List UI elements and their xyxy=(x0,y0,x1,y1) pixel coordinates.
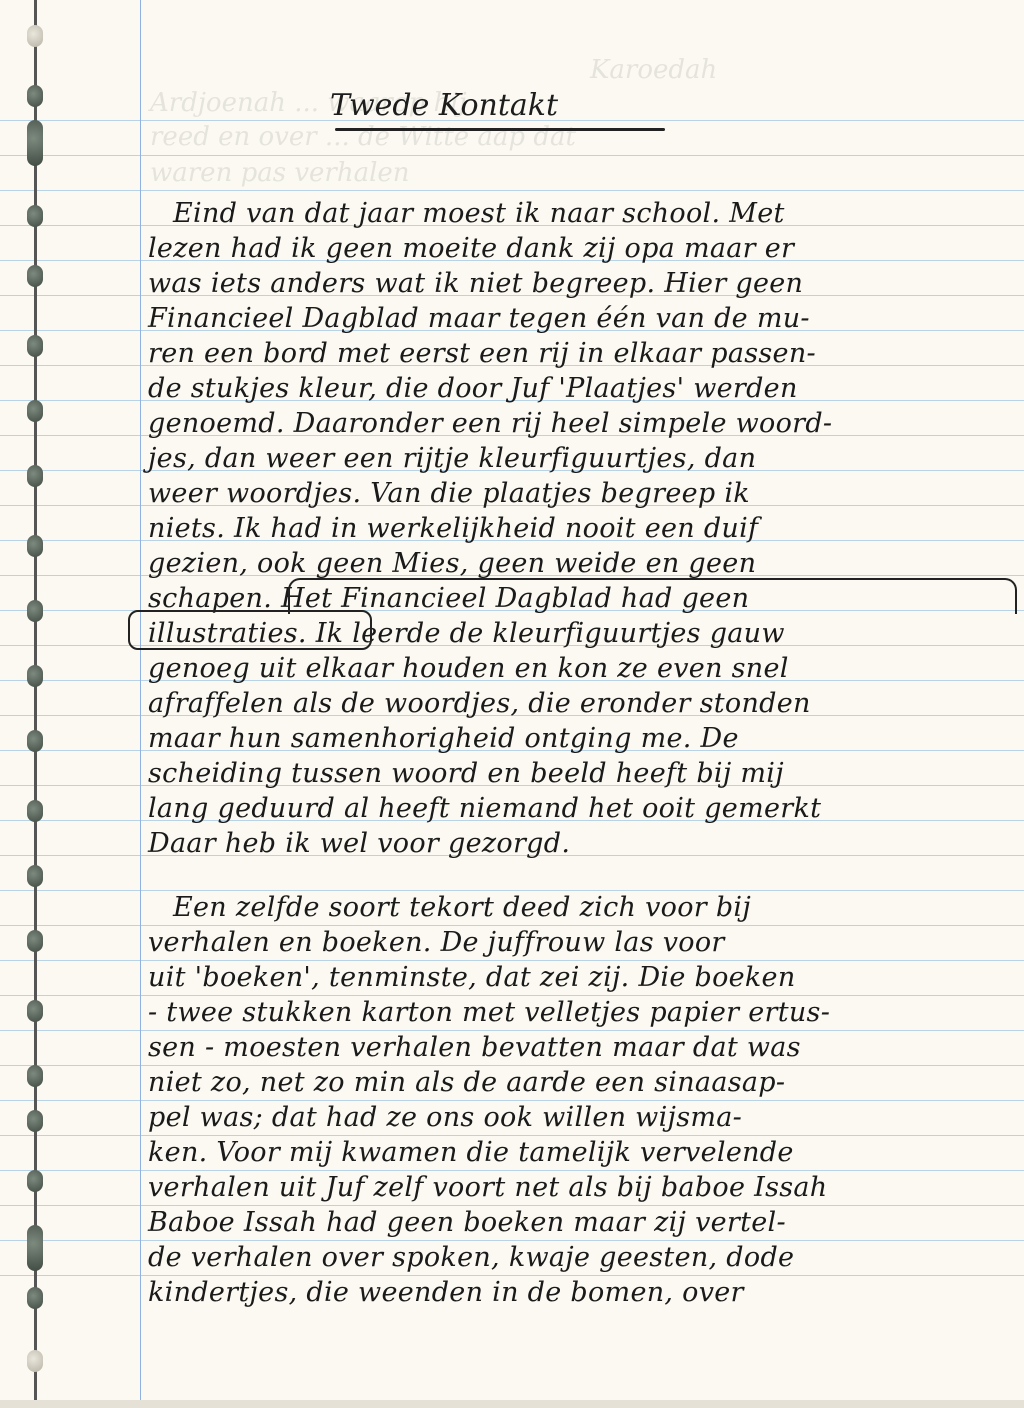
binding-hole xyxy=(27,25,43,47)
binding-hole xyxy=(27,600,43,622)
binding-hole xyxy=(27,265,43,287)
binding-hole xyxy=(27,335,43,357)
binding-hole xyxy=(27,1065,43,1087)
text-line: ren een bord met eerst een rij in elkaar… xyxy=(148,336,1018,371)
binding-hole xyxy=(27,800,43,822)
notebook-page: Karoedah Ardjoenah ... waarop hij reed e… xyxy=(0,0,1024,1400)
binding-hole xyxy=(27,865,43,887)
text-line: kindertjes, die weenden in de bomen, ove… xyxy=(148,1275,1018,1310)
binding-hole xyxy=(27,930,43,952)
text-line: lezen had ik geen moeite dank zij opa ma… xyxy=(148,231,1018,266)
text-line: de stukjes kleur, die door Juf 'Plaatjes… xyxy=(148,371,1018,406)
text-line: was iets anders wat ik niet begreep. Hie… xyxy=(148,266,1018,301)
text-line: Financieel Dagblad maar tegen één van de… xyxy=(148,301,1018,336)
binding-hole xyxy=(27,120,43,166)
text-line: weer woordjes. Van die plaatjes begreep … xyxy=(148,476,1018,511)
page-title: Twede Kontakt xyxy=(330,88,558,123)
bleed-through-text: waren pas verhalen xyxy=(150,158,410,188)
text-line: pel was; dat had ze ons ook willen wijsm… xyxy=(148,1100,1018,1135)
title-underline xyxy=(335,128,665,131)
text-line: verhalen uit Juf zelf voort net als bij … xyxy=(148,1170,1018,1205)
text-line: niet zo, net zo min als de aarde een sin… xyxy=(148,1065,1018,1100)
binding-hole xyxy=(27,205,43,227)
text-line: - twee stukken karton met velletjes papi… xyxy=(148,995,1018,1030)
binding-hole xyxy=(27,85,43,107)
binding-hole xyxy=(27,1225,43,1271)
binding-hole xyxy=(27,465,43,487)
margin-rule xyxy=(140,0,141,1400)
text-line: ken. Voor mij kwamen die tamelijk vervel… xyxy=(148,1135,1018,1170)
text-line: gezien, ook geen Mies, geen weide en gee… xyxy=(148,546,1018,581)
binding-hole xyxy=(27,535,43,557)
bleed-through-text: Karoedah xyxy=(590,55,717,85)
binding-hole xyxy=(27,1000,43,1022)
text-line: Een zelfde soort tekort deed zich voor b… xyxy=(148,890,1018,925)
binding-hole xyxy=(27,1287,43,1309)
binding-hole xyxy=(27,400,43,422)
text-line: lang geduurd al heeft niemand het ooit g… xyxy=(148,791,1018,826)
text-line: maar hun samenhorigheid ontging me. De xyxy=(148,721,1018,756)
page-bottom-edge xyxy=(0,1400,1024,1408)
text-line: Daar heb ik wel voor gezorgd. xyxy=(148,826,1018,861)
binding-hole xyxy=(27,730,43,752)
text-line: Baboe Issah had geen boeken maar zij ver… xyxy=(148,1205,1018,1240)
text-line: genoemd. Daaronder een rij heel simpele … xyxy=(148,406,1018,441)
binding-hole xyxy=(27,1350,43,1372)
text-line: uit 'boeken', tenminste, dat zei zij. Di… xyxy=(148,960,1018,995)
text-line: jes, dan weer een rijtje kleurfiguurtjes… xyxy=(148,441,1018,476)
binding-hole xyxy=(27,665,43,687)
text-line: afraffelen als de woordjes, die eronder … xyxy=(148,686,1018,721)
text-line: scheiding tussen woord en beeld heeft bi… xyxy=(148,756,1018,791)
paragraph-1: Eind van dat jaar moest ik naar school. … xyxy=(148,196,1018,861)
paragraph-2: Een zelfde soort tekort deed zich voor b… xyxy=(148,890,1018,1310)
bleed-through-text: reed en over ... de Witte aap dat xyxy=(150,122,576,152)
text-line: verhalen en boeken. De juffrouw las voor xyxy=(148,925,1018,960)
text-line: Eind van dat jaar moest ik naar school. … xyxy=(148,196,1018,231)
binding-hole xyxy=(27,1170,43,1192)
text-line: sen - moesten verhalen bevatten maar dat… xyxy=(148,1030,1018,1065)
text-line: niets. Ik had in werkelijkheid nooit een… xyxy=(148,511,1018,546)
text-line: de verhalen over spoken, kwaje geesten, … xyxy=(148,1240,1018,1275)
binding-hole xyxy=(27,1110,43,1132)
text-line: genoeg uit elkaar houden en kon ze even … xyxy=(148,651,1018,686)
text-line: illustraties. Ik leerde de kleurfiguurtj… xyxy=(148,616,1018,651)
text-line: schapen. Het Financieel Dagblad had geen xyxy=(148,581,1018,616)
